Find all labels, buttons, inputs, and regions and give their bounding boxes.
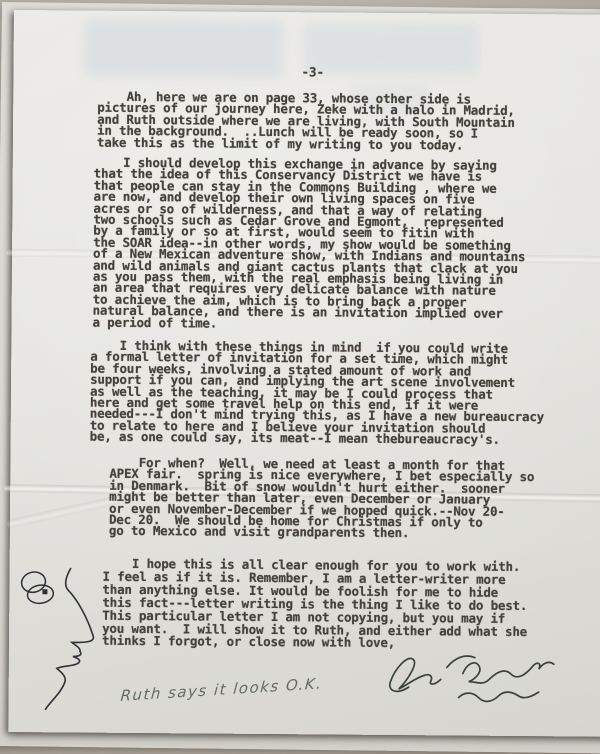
handwritten-note: Ruth says it looks O.K. (120, 671, 371, 705)
signature-scrawl (363, 629, 564, 711)
letter-paragraph-3: I think with these things in mind if you… (90, 340, 545, 446)
corner-wrinkle (6, 495, 120, 529)
letter-paragraph-1: Ah, here we are on page 33, whose other … (97, 91, 515, 151)
photograph-of-letter: -3- Ah, here we are on page 33, whose ot… (0, 0, 600, 754)
ink-showthrough-mark (83, 19, 283, 79)
letter-page: -3- Ah, here we are on page 33, whose ot… (8, 10, 600, 737)
letter-paragraph-2: I should develop this exchange in advanc… (93, 157, 527, 331)
face-profile-doodle (18, 561, 119, 727)
page-number: -3- (301, 64, 324, 79)
letter-paragraph-4: For when? Well, we need at least a month… (109, 457, 535, 540)
ink-showthrough-mark (304, 22, 479, 75)
